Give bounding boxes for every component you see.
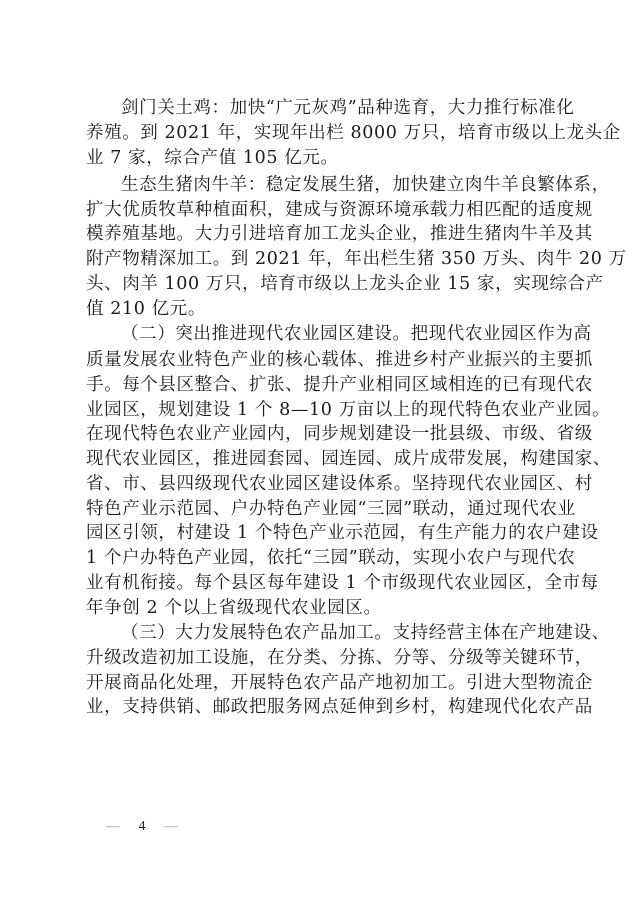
text-span: 支持经营主体在产地建设、	[393, 623, 610, 643]
page-number: 4	[139, 819, 148, 834]
text-line: 开展商品化处理，开展特色农产品产地初加工。引进大型物流企	[86, 671, 556, 695]
text-span: 把现代农业园区作为高	[411, 324, 592, 344]
text-line: 生态生猪肉牛羊：稳定发展生猪，加快建立肉牛羊良繁体系，	[121, 173, 556, 197]
document-page: 剑门关土鸡：加快“广元灰鸡”品种选育，大力推行标准化 养殖。到 2021 年，实…	[0, 0, 641, 909]
text-line: 在现代特色农业产业园内，同步规划建设一批县级、市级、省级	[86, 422, 556, 446]
text-line: 值 210 亿元。	[86, 297, 556, 321]
dash-right: —	[164, 819, 180, 834]
text-line: 1 个户办特色产业园，依托“三园”联动，实现小农户与现代农	[86, 546, 556, 570]
text-line: 业有机衔接。每个县区每年建设 1 个市级现代农业园区，全市每	[86, 571, 556, 595]
text-line: 养殖。到 2021 年，实现年出栏 8000 万只，培育市级以上龙头企	[86, 121, 556, 145]
text-line: 头、肉羊 100 万只，培育市级以上龙头企业 15 家，实现综合产	[86, 272, 556, 296]
text-line: 剑门关土鸡：加快“广元灰鸡”品种选育，大力推行标准化	[121, 96, 556, 120]
text-line: 省、市、县四级现代农业园区建设体系。坚持现代农业园区、村	[86, 472, 556, 496]
text-line: 模养殖基地。大力引进培育加工龙头企业，推进生猪肉牛羊及其	[86, 222, 556, 246]
text-line: 手。每个县区整合、扩张、提升产业相同区域相连的已有现代农	[86, 373, 556, 397]
text-line: 现代农业园区，推进园套园、园连园、成片成带发展，构建国家、	[86, 447, 556, 471]
page-footer: — 4 —	[106, 819, 180, 835]
text-line: 业 7 家，综合产值 105 亿元。	[86, 146, 556, 170]
section-heading-line: （三）大力发展特色农产品加工。支持经营主体在产地建设、	[121, 621, 556, 645]
text-line: 扩大优质牧草种植面积，建成与资源环境承载力相匹配的适度规	[86, 198, 556, 222]
text-line: 业园区，规划建设 1 个 8—10 万亩以上的现代特色农业产业园。	[86, 398, 556, 422]
text-line: 升级改造初加工设施，在分类、分拣、分等、分级等关键环节，	[86, 646, 556, 670]
dash-left: —	[106, 819, 122, 834]
section-heading-line: （二）突出推进现代农业园区建设。把现代农业园区作为高	[121, 322, 556, 346]
text-line: 年争创 2 个以上省级现代农业园区。	[86, 596, 556, 620]
section-heading-3: （三）大力发展特色农产品加工。	[121, 623, 393, 643]
text-line: 特色产业示范园、户办特色产业园“三园”联动，通过现代农业	[86, 497, 556, 521]
text-line: 附产物精深加工。到 2021 年，年出栏生猪 350 万头、肉牛 20 万	[86, 247, 556, 271]
section-heading-2: （二）突出推进现代农业园区建设。	[121, 324, 411, 344]
text-line: 质量发展农业特色产业的核心载体、推进乡村产业振兴的主要抓	[86, 348, 556, 372]
text-line: 园区引领，村建设 1 个特色产业示范园，有生产能力的农户建设	[86, 521, 556, 545]
text-line: 业，支持供销、邮政把服务网点延伸到乡村，构建现代化农产品	[86, 695, 556, 719]
